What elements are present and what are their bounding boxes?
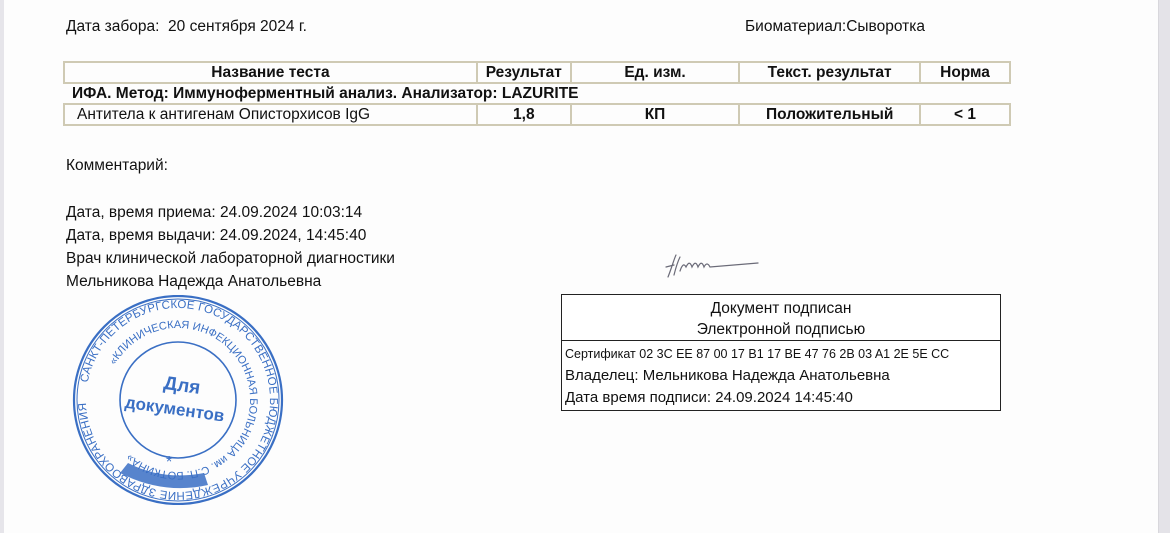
table-header-row: Название теста Результат Ед. изм. Текст.…: [64, 62, 1010, 83]
result-value: 1,8: [477, 104, 571, 125]
comment-label: Комментарий:: [66, 157, 168, 175]
signature-datetime: Дата время подписи: 24.09.2024 14:45:40: [562, 387, 1000, 409]
biomaterial-label: Биоматериал:: [745, 18, 846, 35]
col-result: Результат: [477, 62, 571, 83]
issued-datetime: Дата, время выдачи: 24.09.2024, 14:45:40: [66, 227, 366, 245]
collection-date: Дата забора: 20 сентября 2024 г.: [66, 18, 307, 36]
collection-date-value: 20 сентября 2024 г.: [168, 18, 307, 35]
scrollbar[interactable]: [1158, 0, 1170, 533]
e-signature-box: Документ подписан Электронной подписью С…: [561, 294, 1001, 411]
test-name: Антитела к антигенам Описторхисов IgG: [64, 104, 477, 125]
certificate-number: Сертификат 02 3C EE 87 00 17 B1 17 BE 47…: [562, 343, 1000, 365]
col-unit: Ед. изм.: [571, 62, 739, 83]
norm-value: < 1: [920, 104, 1010, 125]
svg-text:Для: Для: [162, 373, 201, 399]
results-table: Название теста Результат Ед. изм. Текст.…: [63, 61, 1011, 126]
doctor-position: Врач клинической лабораторной диагностик…: [66, 250, 395, 268]
group-row: ИФА. Метод: Иммуноферментный анализ. Ана…: [64, 83, 1010, 104]
group-title: ИФА. Метод: Иммуноферментный анализ. Ана…: [64, 83, 1010, 104]
e-signature-title-line1: Документ подписан: [562, 298, 1000, 319]
e-signature-title-line2: Электронной подписью: [562, 319, 1000, 340]
handwritten-signature-icon: [660, 245, 770, 285]
svg-text:документов: документов: [124, 393, 226, 426]
biomaterial: Биоматериал:Сыворотка: [745, 18, 925, 36]
doctor-name: Мельникова Надежда Анатольевна: [66, 273, 321, 291]
e-signature-title: Документ подписан Электронной подписью: [562, 295, 1000, 341]
received-datetime: Дата, время приема: 24.09.2024 10:03:14: [66, 204, 362, 222]
text-result-value: Положительный: [739, 104, 920, 125]
collection-date-label: Дата забора:: [66, 18, 159, 35]
svg-text:*: *: [166, 454, 172, 471]
table-row: Антитела к антигенам Описторхисов IgG 1,…: [64, 104, 1010, 125]
col-test-name: Название теста: [64, 62, 477, 83]
signature-owner: Владелец: Мельникова Надежда Анатольевна: [562, 365, 1000, 387]
col-norm: Норма: [920, 62, 1010, 83]
col-text-result: Текст. результат: [739, 62, 920, 83]
unit-value: КП: [571, 104, 739, 125]
biomaterial-value: Сыворотка: [846, 18, 925, 35]
organization-stamp-icon: САНКТ-ПЕТЕРБУРГСКОЕ ГОСУДАРСТВЕННОЕ БЮДЖ…: [68, 295, 288, 505]
